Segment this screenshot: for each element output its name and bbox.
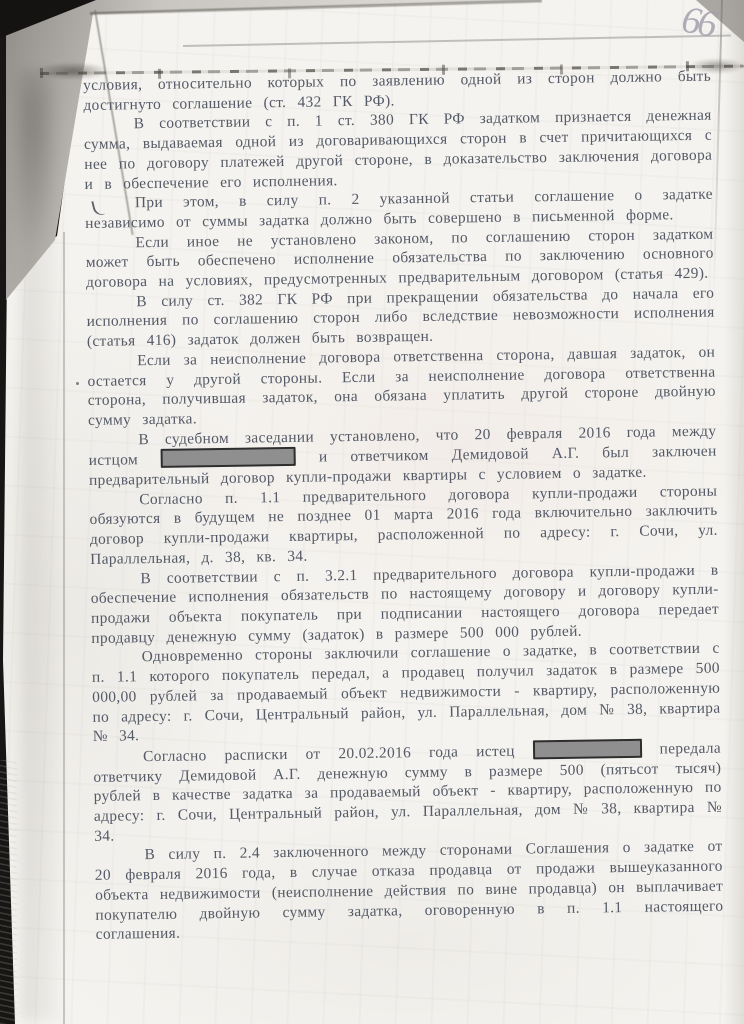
redaction-bar [161, 447, 296, 468]
paragraph: В силу п. 2.4 заключенного между сторона… [94, 837, 723, 945]
paragraph: В силу ст. 382 ГК РФ при прекращении обя… [86, 283, 715, 351]
paragraph: В соответствии с п. 1 ст. 380 ГК РФ зада… [84, 106, 713, 194]
redaction-bar [533, 739, 642, 760]
paragraph: Согласно расписки от 20.02.2016 года ист… [93, 738, 722, 847]
stray-dot [76, 382, 79, 385]
scan-smudge-top-left [16, 70, 60, 250]
paragraph: Если за неисполнение договора ответствен… [87, 342, 716, 430]
paragraph: Если иное не установлено законом, по сог… [85, 224, 714, 292]
paragraph: Согласно п. 1.1 предварительного договор… [89, 481, 718, 569]
document-text: условия, относительно которых по заявлен… [83, 67, 724, 945]
paragraph: В соответствии с п. 3.2.1 предварительно… [90, 560, 719, 648]
paragraph: В судебном заседании установлено, что 20… [88, 421, 717, 490]
scanned-court-document-page: 66 условия, относительно которых по заяв… [0, 0, 744, 1024]
scan-shading-right [724, 0, 744, 1024]
scan-edge-texture-left [0, 760, 17, 1024]
paragraph: Одновременно стороны заключили соглашени… [91, 639, 720, 747]
vertical-fold-line [63, 232, 65, 1024]
